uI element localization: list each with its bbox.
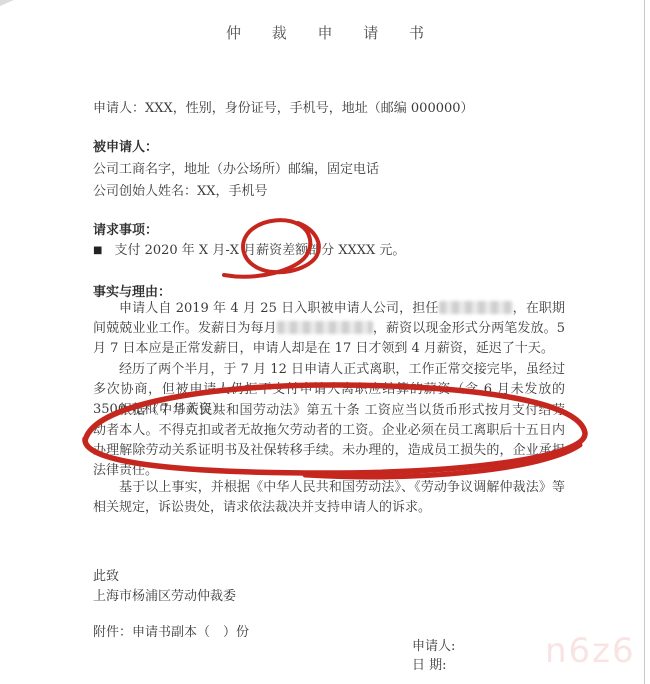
facts-p3-text: 根据《中华人民共和国劳动法》第五十条 工资应当以货币形式按月支付给劳动者本人。不… — [93, 403, 565, 478]
watermark: n6z6 — [545, 631, 636, 671]
signature-applicant-label: 申请人: — [412, 635, 455, 654]
redacted-payday — [277, 321, 373, 334]
square-bullet-icon: ■ — [93, 245, 102, 256]
page-edge-line — [644, 0, 645, 684]
claim-circled-text: 薪资差额部分 — [256, 243, 334, 258]
scan-corner-artifact — [0, 0, 14, 6]
facts-paragraph-3: 根据《中华人民共和国劳动法》第五十条 工资应当以货币形式按月支付给劳动者本人。不… — [93, 401, 565, 481]
closing-committee: 上海市杨浦区劳动仲裁委 — [93, 585, 236, 604]
facts-paragraph-4: 基于以上事实，并根据《中华人民共和国劳动法》、《劳动争议调解仲裁法》等相关规定，… — [93, 478, 565, 518]
respondent-founder-line: 公司创始人姓名：XX，手机号 — [93, 180, 268, 199]
claim-item-circled-phrase: 薪资差额部分 — [256, 243, 334, 258]
facts-heading: 事实与理由： — [93, 281, 171, 300]
attachment-line: 附件：申请书副本（ ）份 — [93, 621, 249, 640]
document-title: 仲 裁 申 请 书 — [0, 22, 650, 43]
facts-p1-text-a: 申请人自 2019 年 4 月 25 日入职被申请人公司，担任 — [119, 301, 439, 316]
arbitration-application-document: 仲 裁 申 请 书 申请人：XXX，性别，身份证号，手机号，地址（邮编 0000… — [0, 0, 650, 684]
claims-heading: 请求事项： — [93, 219, 158, 238]
applicant-info-line: 申请人：XXX，性别，身份证号，手机号，地址（邮编 000000） — [93, 97, 474, 116]
redacted-job-title — [439, 301, 513, 314]
respondent-company-line: 公司工商名字，地址（办公场所）邮编，固定电话 — [93, 158, 379, 177]
respondent-heading: 被申请人： — [93, 136, 158, 155]
closing-salute: 此致 — [93, 565, 119, 584]
claim-item-suffix: XXXX 元。 — [334, 243, 405, 258]
claim-item-prefix: 支付 2020 年 X 月-X 月 — [114, 243, 256, 258]
claim-item: ■支付 2020 年 X 月-X 月薪资差额部分 XXXX 元。 — [93, 239, 405, 258]
signature-date-label: 日 期: — [412, 654, 447, 673]
facts-paragraph-1: 申请人自 2019 年 4 月 25 日入职被申请人公司，担任，在职期间兢兢业业… — [93, 299, 565, 359]
